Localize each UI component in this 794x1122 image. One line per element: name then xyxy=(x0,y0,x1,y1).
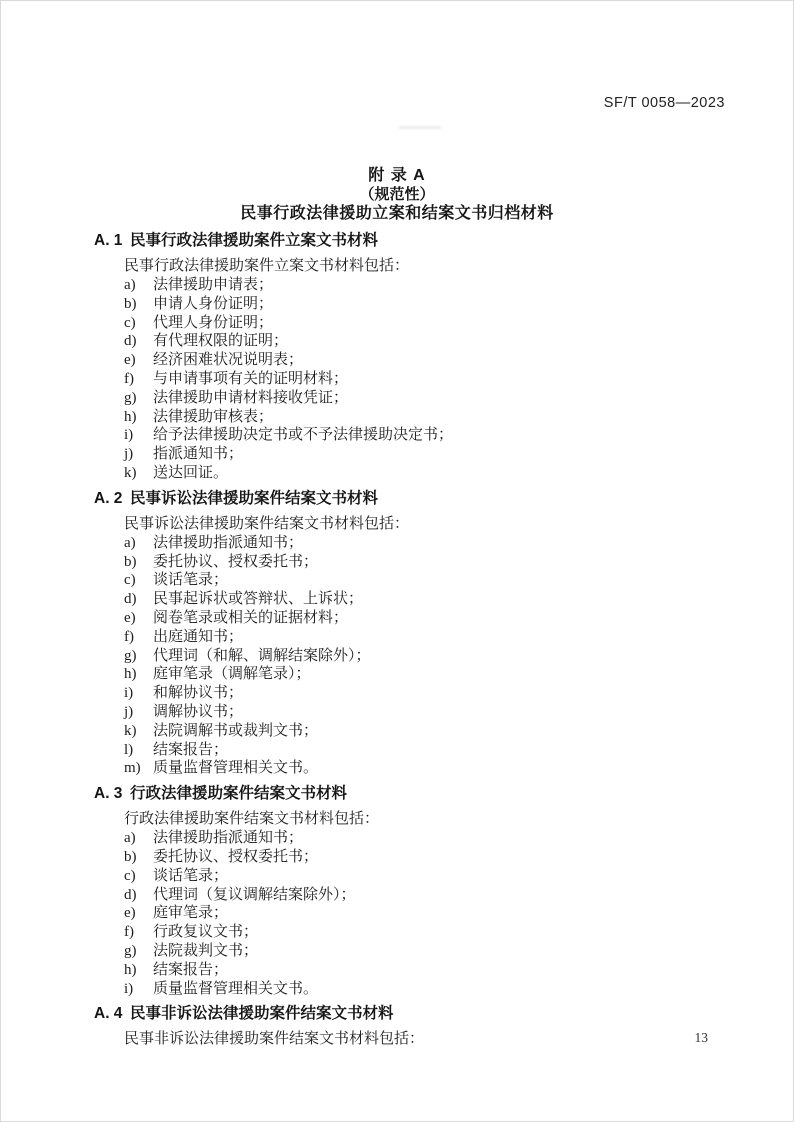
list-item: i) 给予法律援助决定书或不予法律援助决定书； xyxy=(124,426,737,445)
list-item-label: f) xyxy=(124,628,153,647)
list-item-label: a) xyxy=(124,276,153,295)
list-item: c) 谈话笔录； xyxy=(124,867,737,886)
list-item-label: a) xyxy=(124,534,153,553)
list-item-text: 申请人身份证明； xyxy=(153,295,737,314)
list-item-text: 与申请事项有关的证明材料； xyxy=(153,370,737,389)
list-item-label: j) xyxy=(124,703,153,722)
list-item-text: 结案报告； xyxy=(153,961,737,980)
list-item-text: 代理词（复议调解结案除外）； xyxy=(153,886,737,905)
appendix-title-block: 附 录 A （规范性） 民事行政法律援助立案和结案文书归档材料 xyxy=(1,166,793,224)
list-item: f) 出庭通知书； xyxy=(124,628,737,647)
list-item-text: 法律援助审核表； xyxy=(153,408,737,427)
list-item-label: e) xyxy=(124,904,153,923)
list-item: k) 法院调解书或裁判文书； xyxy=(124,722,737,741)
list-item-text: 谈话笔录； xyxy=(153,571,737,590)
list-item-text: 法律援助指派通知书； xyxy=(153,829,737,848)
list-item-text: 行政复议文书； xyxy=(153,923,737,942)
list-item-label: k) xyxy=(124,464,153,483)
section-title: 行政法律援助案件结案文书材料 xyxy=(130,784,347,803)
list-item: j) 调解协议书； xyxy=(124,703,737,722)
list-item-text: 结案报告； xyxy=(153,741,737,760)
list-item-label: i) xyxy=(124,426,153,445)
list-item-label: d) xyxy=(124,590,153,609)
list-item: f) 与申请事项有关的证明材料； xyxy=(124,370,737,389)
list-item: e) 阅卷笔录或相关的证据材料； xyxy=(124,609,737,628)
list-item-label: h) xyxy=(124,408,153,427)
sections-container: A. 1 民事行政法律援助案件立案文书材料 民事行政法律援助案件立案文书材料包括… xyxy=(94,225,737,1049)
list-item: b) 委托协议、授权委托书； xyxy=(124,848,737,867)
list-item-text: 质量监督管理相关文书。 xyxy=(153,759,737,778)
section-title: 民事非诉讼法律援助案件结案文书材料 xyxy=(130,1004,394,1023)
list-item-text: 经济困难状况说明表； xyxy=(153,351,737,370)
section-number: A. 1 xyxy=(94,231,130,250)
section-heading: A. 1 民事行政法律援助案件立案文书材料 xyxy=(94,231,737,250)
list-item: j) 指派通知书； xyxy=(124,445,737,464)
list-item-text: 出庭通知书； xyxy=(153,628,737,647)
list-item-label: d) xyxy=(124,886,153,905)
list-item-label: c) xyxy=(124,571,153,590)
list-item-text: 代理人身份证明； xyxy=(153,314,737,333)
section-number: A. 2 xyxy=(94,489,130,508)
list-item-label: k) xyxy=(124,722,153,741)
section-item-list: a) 法律援助申请表； b) 申请人身份证明； c) 代理人身份证明； d) 有… xyxy=(94,276,737,483)
section-a2: A. 2 民事诉讼法律援助案件结案文书材料 民事诉讼法律援助案件结案文书材料包括… xyxy=(94,489,737,778)
list-item-label: b) xyxy=(124,848,153,867)
list-item-text: 质量监督管理相关文书。 xyxy=(153,980,737,999)
section-heading: A. 3 行政法律援助案件结案文书材料 xyxy=(94,784,737,803)
scan-artifact xyxy=(399,126,441,129)
section-title: 民事行政法律援助案件立案文书材料 xyxy=(130,231,378,250)
list-item: i) 和解协议书； xyxy=(124,684,737,703)
list-item-label: a) xyxy=(124,829,153,848)
list-item-label: b) xyxy=(124,553,153,572)
section-a4: A. 4 民事非诉讼法律援助案件结案文书材料 民事非诉讼法律援助案件结案文书材料… xyxy=(94,1004,737,1049)
list-item-label: e) xyxy=(124,609,153,628)
list-item-label: l) xyxy=(124,741,153,760)
list-item: h) 结案报告； xyxy=(124,961,737,980)
list-item-label: b) xyxy=(124,295,153,314)
list-item: c) 谈话笔录； xyxy=(124,571,737,590)
list-item-text: 法律援助申请材料接收凭证； xyxy=(153,389,737,408)
list-item-label: g) xyxy=(124,647,153,666)
section-title: 民事诉讼法律援助案件结案文书材料 xyxy=(130,489,378,508)
list-item-text: 民事起诉状或答辩状、上诉状； xyxy=(153,590,737,609)
list-item-label: d) xyxy=(124,332,153,351)
section-intro: 民事诉讼法律援助案件结案文书材料包括： xyxy=(124,515,737,534)
list-item-label: h) xyxy=(124,961,153,980)
list-item: a) 法律援助指派通知书； xyxy=(124,534,737,553)
list-item-text: 代理词（和解、调解结案除外）； xyxy=(153,647,737,666)
list-item-label: i) xyxy=(124,980,153,999)
list-item-text: 庭审笔录（调解笔录）； xyxy=(153,665,737,684)
list-item: b) 申请人身份证明； xyxy=(124,295,737,314)
list-item-label: f) xyxy=(124,370,153,389)
list-item: a) 法律援助指派通知书； xyxy=(124,829,737,848)
document-page: SF/T 0058—2023 附 录 A （规范性） 民事行政法律援助立案和结案… xyxy=(0,0,794,1122)
list-item-label: j) xyxy=(124,445,153,464)
list-item-label: g) xyxy=(124,942,153,961)
section-intro: 行政法律援助案件结案文书材料包括： xyxy=(124,810,737,829)
list-item-text: 法院裁判文书； xyxy=(153,942,737,961)
list-item-label: g) xyxy=(124,389,153,408)
section-item-list: a) 法律援助指派通知书； b) 委托协议、授权委托书； c) 谈话笔录； d)… xyxy=(94,829,737,998)
list-item-text: 法律援助指派通知书； xyxy=(153,534,737,553)
list-item: f) 行政复议文书； xyxy=(124,923,737,942)
doc-number: SF/T 0058—2023 xyxy=(604,95,725,111)
list-item: a) 法律援助申请表； xyxy=(124,276,737,295)
list-item-label: c) xyxy=(124,867,153,886)
appendix-doc-title: 民事行政法律援助立案和结案文书归档材料 xyxy=(1,204,793,224)
list-item: g) 代理词（和解、调解结案除外）； xyxy=(124,647,737,666)
list-item-text: 阅卷笔录或相关的证据材料； xyxy=(153,609,737,628)
list-item-text: 调解协议书； xyxy=(153,703,737,722)
list-item-text: 委托协议、授权委托书； xyxy=(153,848,737,867)
list-item-label: e) xyxy=(124,351,153,370)
list-item-text: 送达回证。 xyxy=(153,464,737,483)
list-item-label: f) xyxy=(124,923,153,942)
list-item-label: i) xyxy=(124,684,153,703)
list-item: e) 经济困难状况说明表； xyxy=(124,351,737,370)
list-item-label: m) xyxy=(124,759,153,778)
section-a3: A. 3 行政法律援助案件结案文书材料 行政法律援助案件结案文书材料包括： a)… xyxy=(94,784,737,998)
list-item: h) 法律援助审核表； xyxy=(124,408,737,427)
list-item-text: 法院调解书或裁判文书； xyxy=(153,722,737,741)
section-a1: A. 1 民事行政法律援助案件立案文书材料 民事行政法律援助案件立案文书材料包括… xyxy=(94,231,737,483)
list-item: d) 有代理权限的证明； xyxy=(124,332,737,351)
list-item: e) 庭审笔录； xyxy=(124,904,737,923)
list-item: l) 结案报告； xyxy=(124,741,737,760)
list-item-text: 给予法律援助决定书或不予法律援助决定书； xyxy=(153,426,737,445)
section-intro: 民事非诉讼法律援助案件结案文书材料包括： xyxy=(124,1030,737,1049)
list-item: m) 质量监督管理相关文书。 xyxy=(124,759,737,778)
list-item: h) 庭审笔录（调解笔录）； xyxy=(124,665,737,684)
list-item: g) 法院裁判文书； xyxy=(124,942,737,961)
list-item: i) 质量监督管理相关文书。 xyxy=(124,980,737,999)
page-number: 13 xyxy=(695,1030,709,1046)
appendix-label: 附 录 A xyxy=(1,166,793,185)
list-item-text: 指派通知书； xyxy=(153,445,737,464)
section-number: A. 4 xyxy=(94,1004,130,1023)
list-item-text: 谈话笔录； xyxy=(153,867,737,886)
list-item: b) 委托协议、授权委托书； xyxy=(124,553,737,572)
list-item: c) 代理人身份证明； xyxy=(124,314,737,333)
list-item: g) 法律援助申请材料接收凭证； xyxy=(124,389,737,408)
section-number: A. 3 xyxy=(94,784,130,803)
list-item: d) 民事起诉状或答辩状、上诉状； xyxy=(124,590,737,609)
list-item-text: 法律援助申请表； xyxy=(153,276,737,295)
list-item-text: 有代理权限的证明； xyxy=(153,332,737,351)
list-item-text: 委托协议、授权委托书； xyxy=(153,553,737,572)
section-heading: A. 2 民事诉讼法律援助案件结案文书材料 xyxy=(94,489,737,508)
list-item: d) 代理词（复议调解结案除外）； xyxy=(124,886,737,905)
list-item-text: 庭审笔录； xyxy=(153,904,737,923)
section-item-list: a) 法律援助指派通知书； b) 委托协议、授权委托书； c) 谈话笔录； d)… xyxy=(94,534,737,778)
list-item: k) 送达回证。 xyxy=(124,464,737,483)
list-item-label: h) xyxy=(124,665,153,684)
section-intro: 民事行政法律援助案件立案文书材料包括： xyxy=(124,257,737,276)
list-item-text: 和解协议书； xyxy=(153,684,737,703)
section-heading: A. 4 民事非诉讼法律援助案件结案文书材料 xyxy=(94,1004,737,1023)
list-item-label: c) xyxy=(124,314,153,333)
appendix-normative: （规范性） xyxy=(1,185,793,204)
